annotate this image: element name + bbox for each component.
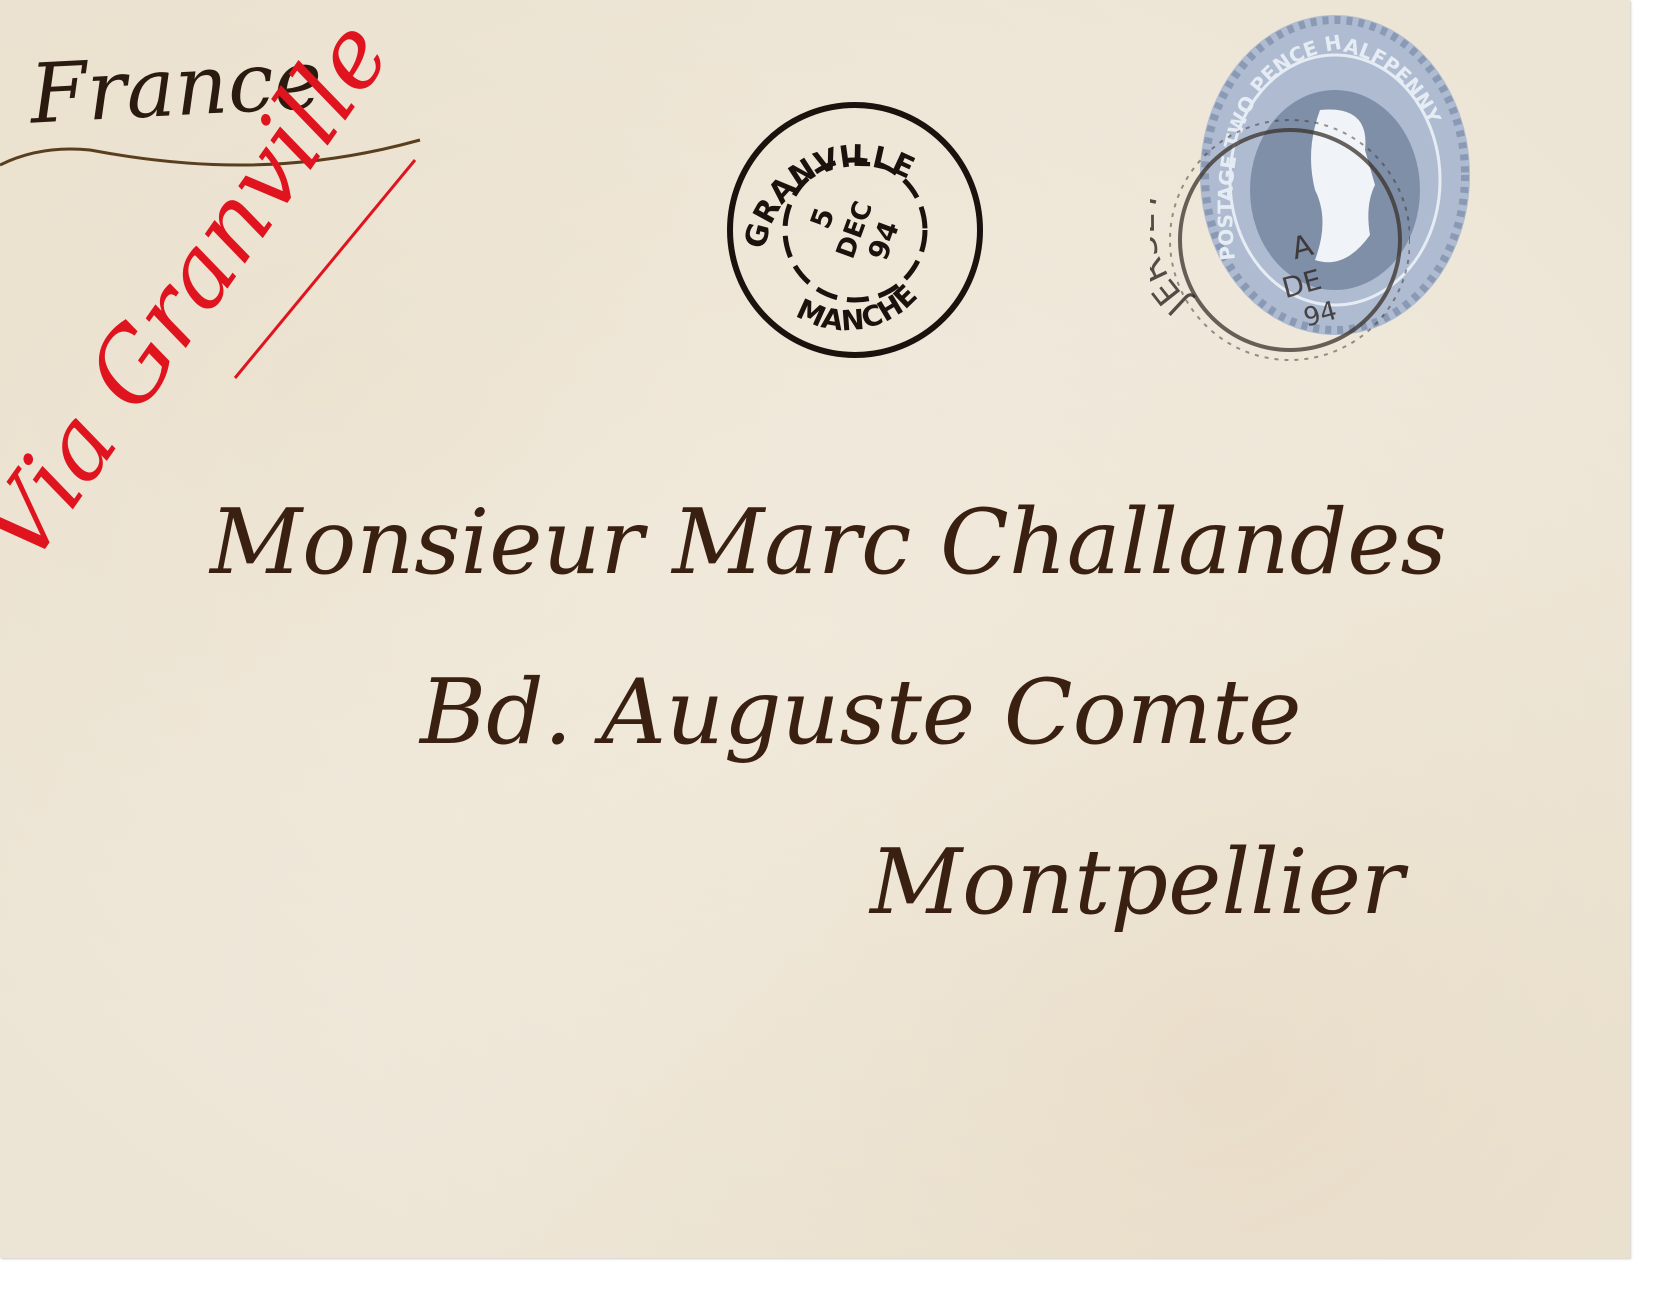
envelope: France Via Granville Monsieur Marc Chall… bbox=[0, 0, 1630, 1258]
address-line-3: Montpellier bbox=[870, 830, 1404, 935]
jersey-postmark: JERSEY A DE 94 bbox=[1150, 110, 1410, 370]
via-underline bbox=[230, 150, 430, 390]
svg-text:A: A bbox=[1288, 228, 1317, 267]
svg-text:MANCHE: MANCHE bbox=[792, 278, 924, 337]
address-line-2: Bd. Auguste Comte bbox=[420, 660, 1302, 765]
svg-text:94: 94 bbox=[1300, 296, 1340, 334]
svg-text:DE: DE bbox=[1279, 263, 1325, 305]
address-line-1: Monsieur Marc Challandes bbox=[210, 490, 1447, 595]
granville-postmark: GRANVILLE MANCHE 5 DEC 94 bbox=[725, 100, 985, 360]
svg-text:5: 5 bbox=[804, 203, 842, 233]
